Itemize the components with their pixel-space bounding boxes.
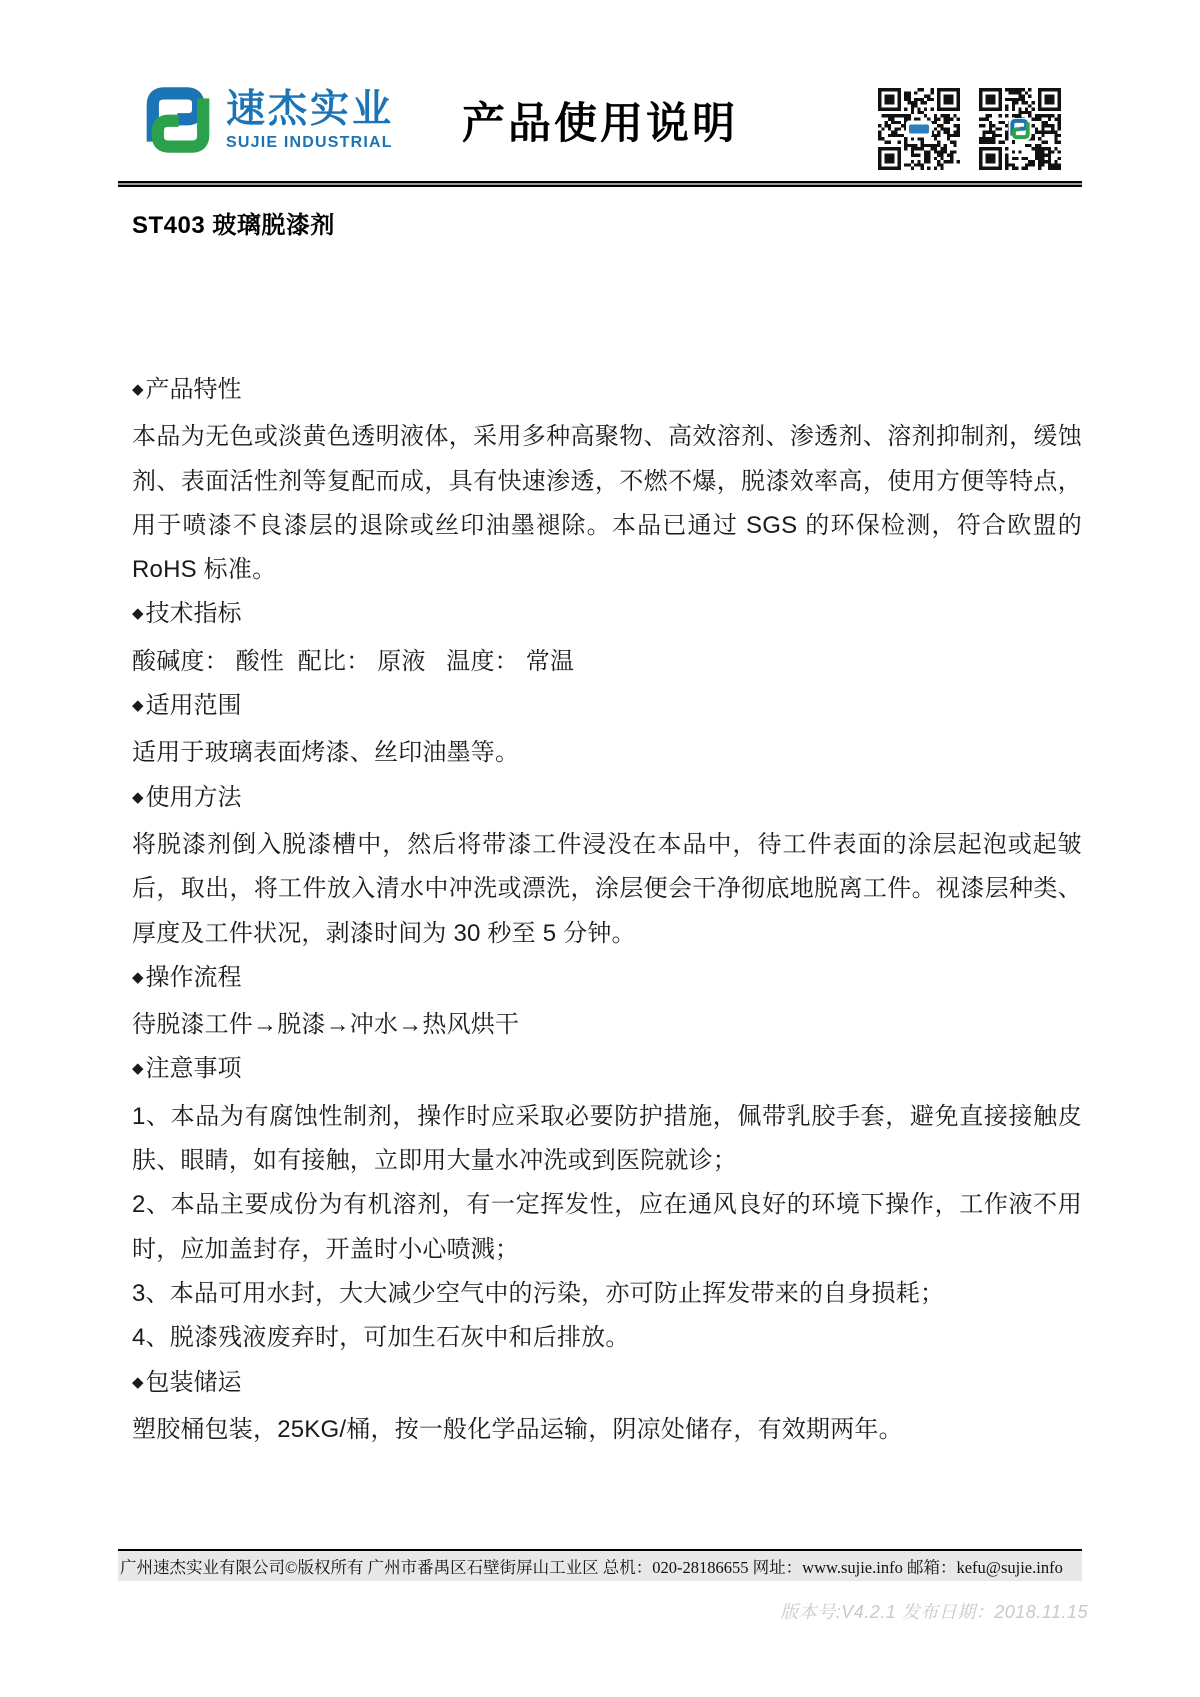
diamond-bullet-icon: ◆ [132,1361,144,1405]
page-title: 产品使用说明 [400,90,800,151]
section-body: 酸碱度： 酸性 配比： 原液 温度： 常温 [132,640,1082,684]
logo-text: 速杰实业 SUJIE INDUSTRIAL [226,84,394,153]
section-heading-text: 操作流程 [146,964,242,991]
section-operation-flow: ◆操作流程 待脱漆工件→脱漆→冲水→热风烘干 [132,956,1082,1048]
section-body: 适用于玻璃表面烤漆、丝印油墨等。 [132,731,1082,775]
section-body: 本品为无色或淡黄色透明液体，采用多种高聚物、高效溶剂、渗透剂、溶剂抑制剂，缓蚀剂… [132,415,1082,592]
section-heading-text: 包装储运 [146,1369,242,1396]
section-packaging-storage: ◆包装储运 塑胶桶包装，25KG/桶，按一般化学品运输，阴凉处储存，有效期两年。 [132,1361,1082,1453]
diamond-bullet-icon: ◆ [132,368,144,412]
section-heading: ◆技术指标 [132,592,1082,639]
section-precautions: ◆注意事项 1、本品为有腐蚀性制剂，操作时应采取必要防护措施，佩带乳胶手套，避免… [132,1047,1082,1360]
document-content: ◆产品特性 本品为无色或淡黄色透明液体，采用多种高聚物、高效溶剂、渗透剂、溶剂抑… [132,368,1082,1452]
section-heading: ◆注意事项 [132,1047,1082,1094]
product-instruction-page: 速杰实业 SUJIE INDUSTRIAL 产品使用说明 ST403 玻璃脱漆剂… [0,0,1200,1697]
logo-name-cn: 速杰实业 [226,88,394,132]
diamond-bullet-icon: ◆ [132,592,144,636]
diamond-bullet-icon: ◆ [132,684,144,728]
section-application-scope: ◆适用范围 适用于玻璃表面烤漆、丝印油墨等。 [132,684,1082,776]
section-heading: ◆适用范围 [132,684,1082,731]
logo-name-en: SUJIE INDUSTRIAL [226,133,394,153]
section-heading: ◆操作流程 [132,956,1082,1003]
qr-code-right [979,88,1061,170]
section-body: 待脱漆工件→脱漆→冲水→热风烘干 [132,1003,1082,1047]
footer-version-text: 版本号:V4.2.1 发布日期：2018.11.15 [780,1598,1088,1624]
qr-code-left [878,88,960,170]
section-body: 塑胶桶包装，25KG/桶，按一般化学品运输，阴凉处储存，有效期两年。 [132,1408,1082,1452]
product-title: ST403 玻璃脱漆剂 [132,205,335,240]
section-heading: ◆产品特性 [132,368,1082,415]
qr-left-center-logo-icon [906,121,932,138]
footer-company-text: 广州速杰实业有限公司©版权所有 广州市番禺区石壁街屏山工业区 总机：020-28… [120,1554,1063,1578]
section-heading: ◆包装储运 [132,1361,1082,1408]
diamond-bullet-icon: ◆ [132,956,144,1000]
section-heading: ◆使用方法 [132,776,1082,823]
company-logo: 速杰实业 SUJIE INDUSTRIAL [140,84,394,156]
footer-company-bar: 广州速杰实业有限公司©版权所有 广州市番禺区石壁街屏山工业区 总机：020-28… [118,1549,1082,1581]
section-heading-text: 适用范围 [146,692,242,719]
diamond-bullet-icon: ◆ [132,776,144,820]
section-body: 将脱漆剂倒入脱漆槽中，然后将带漆工件浸没在本品中，待工件表面的涂层起泡或起皱后，… [132,823,1082,956]
header-divider [118,181,1082,187]
section-technical-specs: ◆技术指标 酸碱度： 酸性 配比： 原液 温度： 常温 [132,592,1082,684]
section-heading-text: 使用方法 [146,784,242,811]
diamond-bullet-icon: ◆ [132,1047,144,1091]
qr-right-center-logo-icon [1009,118,1031,140]
section-heading-text: 注意事项 [146,1055,242,1082]
section-product-features: ◆产品特性 本品为无色或淡黄色透明液体，采用多种高聚物、高效溶剂、渗透剂、溶剂抑… [132,368,1082,592]
section-heading-text: 技术指标 [146,600,242,627]
sujie-s-logo-icon [140,84,216,156]
section-usage-method: ◆使用方法 将脱漆剂倒入脱漆槽中，然后将带漆工件浸没在本品中，待工件表面的涂层起… [132,776,1082,956]
section-body: 1、本品为有腐蚀性制剂，操作时应采取必要防护措施，佩带乳胶手套，避免直接接触皮肤… [132,1095,1082,1361]
section-heading-text: 产品特性 [146,376,242,403]
